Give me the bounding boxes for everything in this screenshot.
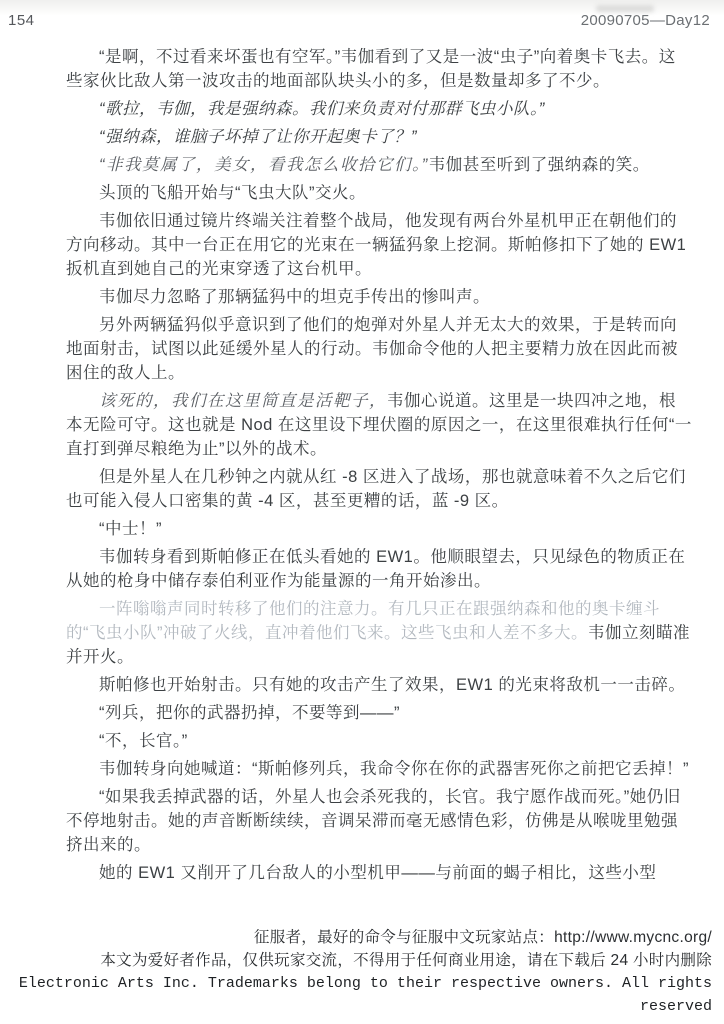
thought-paragraph: 该死的，我们在这里简直是活靶子，韦伽心说道。这里是一块四冲之地，根本无险可守。这… — [66, 389, 692, 461]
paragraph-faded: 一阵嗡嗡声同时转移了他们的注意力。有几只正在跟强纳森和他的奥卡缠斗的“飞虫小队”… — [66, 597, 692, 669]
body-text: “是啊，不过看来坏蛋也有空军。”韦伽看到了又是一波“虫子”向着奥卡飞去。这些家伙… — [0, 29, 724, 885]
paragraph: 但是外星人在几秒钟之内就从红 -8 区进入了战场，那也就意味着不久之后它们也可能… — [66, 465, 692, 513]
scan-artifact — [596, 5, 654, 12]
narration-text: 一阵嗡嗡声同时转移了他们的注意力。有几只正在跟强纳森和他的奥卡缠斗的“飞虫小队”… — [66, 600, 660, 642]
page-number: 154 — [8, 12, 35, 29]
narration-text: 但是外星人在几秒钟之内就从红 -8 区进入了战场，那也就意味着不久之后它们也可能… — [66, 468, 686, 510]
narration-text: 斯帕修也开始射击。只有她的攻击产生了效果，EW1 的光束将敌机一一击碎。 — [99, 676, 685, 694]
dialogue-paragraph: “中士！” — [66, 517, 692, 541]
footer-disclaimer-line: 本文为爱好者作品，仅供玩家交流，不得用于任何商业用途，请在下载后 24 小时内删… — [0, 949, 712, 972]
paragraph: 斯帕修也开始射击。只有她的攻击产生了效果，EW1 的光束将敌机一一击碎。 — [66, 673, 692, 697]
shout-text: “中士！” — [99, 520, 162, 538]
narration-text: 韦伽甚至听到了强纳森的笑。 — [429, 156, 650, 174]
dialogue-text: “列兵，把你的武器扔掉，不要等到——” — [99, 704, 400, 722]
paragraph: 她的 EW1 又削开了几台敌人的小型机甲——与前面的蝎子相比，这些小型 — [66, 861, 692, 885]
dialogue-paragraph: “不，长官。” — [66, 729, 692, 753]
radio-dialogue-text: “强纳森，谁脑子坏掉了让你开起奥卡了？” — [99, 128, 417, 146]
paragraph: “如果我丢掉武器的话，外星人也会杀死我的，长官。我宁愿作战而死。”她仍旧不停地射… — [66, 785, 692, 857]
dialogue-text: “不，长官。” — [99, 732, 188, 750]
dialogue-paragraph: “歌拉，韦伽，我是强纳森。我们来负责对付那群飞虫小队。” — [66, 97, 692, 121]
inner-thought-text: 该死的，我们在这里简直是活靶子， — [99, 392, 387, 410]
footer-site-line: 征服者，最好的命令与征服中文玩家站点：http://www.mycnc.org/ — [0, 926, 712, 949]
narration-text: 韦伽依旧通过镜片终端关注着整个战局，他发现有两台外星机甲正在朝他们的方向移动。其… — [66, 212, 686, 278]
radio-dialogue-text: “歌拉，韦伽，我是强纳森。我们来负责对付那群飞虫小队。” — [99, 100, 545, 118]
scanned-book-page: 154 20090705—Day12 “是啊，不过看来坏蛋也有空军。”韦伽看到了… — [0, 0, 724, 1024]
narration-text: 韦伽转身看到斯帕修正在低头看她的 EW1。他顺眼望去，只见绿色的物质正在从她的枪… — [66, 548, 685, 590]
narration-text: 她的 EW1 又削开了几台敌人的小型机甲——与前面的蝎子相比，这些小型 — [99, 864, 656, 882]
dialogue-paragraph: “强纳森，谁脑子坏掉了让你开起奥卡了？” — [66, 125, 692, 149]
radio-dialogue-text: “非我莫属了，美女，看我怎么收拾它们。” — [99, 156, 429, 174]
narration-text: 头顶的飞船开始与“飞虫大队”交火。 — [99, 184, 366, 202]
narration-text: 韦伽转身向她喊道：“斯帕修列兵，我命令你在你的武器害死你之前把它丢掉！” — [99, 760, 689, 778]
narration-text: “如果我丢掉武器的话，外星人也会杀死我的，长官。我宁愿作战而死。”她仍旧不停地射… — [66, 788, 681, 854]
paragraph-faded: 韦伽转身看到斯帕修正在低头看她的 EW1。他顺眼望去，只见绿色的物质正在从她的枪… — [66, 545, 692, 593]
paragraph: 头顶的飞船开始与“飞虫大队”交火。 — [66, 181, 692, 205]
narration-text: 另外两辆猛犸似乎意识到了他们的炮弹对外星人并无太大的效果，于是转而向地面射击，试… — [66, 316, 678, 382]
paragraph: 另外两辆猛犸似乎意识到了他们的炮弹对外星人并无太大的效果，于是转而向地面射击，试… — [66, 313, 692, 385]
page-footer: 征服者，最好的命令与征服中文玩家站点：http://www.mycnc.org/… — [0, 926, 712, 1018]
dialogue-paragraph: “列兵，把你的武器扔掉，不要等到——” — [66, 701, 692, 725]
narration-text: 韦伽尽力忽略了那辆猛犸中的坦克手传出的惨叫声。 — [99, 288, 490, 306]
footer-copyright-line: Electronic Arts Inc. Trademarks belong t… — [0, 972, 712, 1018]
paragraph: “是啊，不过看来坏蛋也有空军。”韦伽看到了又是一波“虫子”向着奥卡飞去。这些家伙… — [66, 45, 692, 93]
paragraph: 韦伽转身向她喊道：“斯帕修列兵，我命令你在你的武器害死你之前把它丢掉！” — [66, 757, 692, 781]
paragraph: 韦伽依旧通过镜片终端关注着整个战局，他发现有两台外星机甲正在朝他们的方向移动。其… — [66, 209, 692, 281]
page-date-label: 20090705—Day12 — [581, 12, 710, 29]
paragraph: 韦伽尽力忽略了那辆猛犸中的坦克手传出的惨叫声。 — [66, 285, 692, 309]
dialogue-paragraph: “非我莫属了，美女，看我怎么收拾它们。”韦伽甚至听到了强纳森的笑。 — [66, 153, 692, 177]
narration-text: “是啊，不过看来坏蛋也有空军。”韦伽看到了又是一波“虫子”向着奥卡飞去。这些家伙… — [66, 48, 676, 90]
